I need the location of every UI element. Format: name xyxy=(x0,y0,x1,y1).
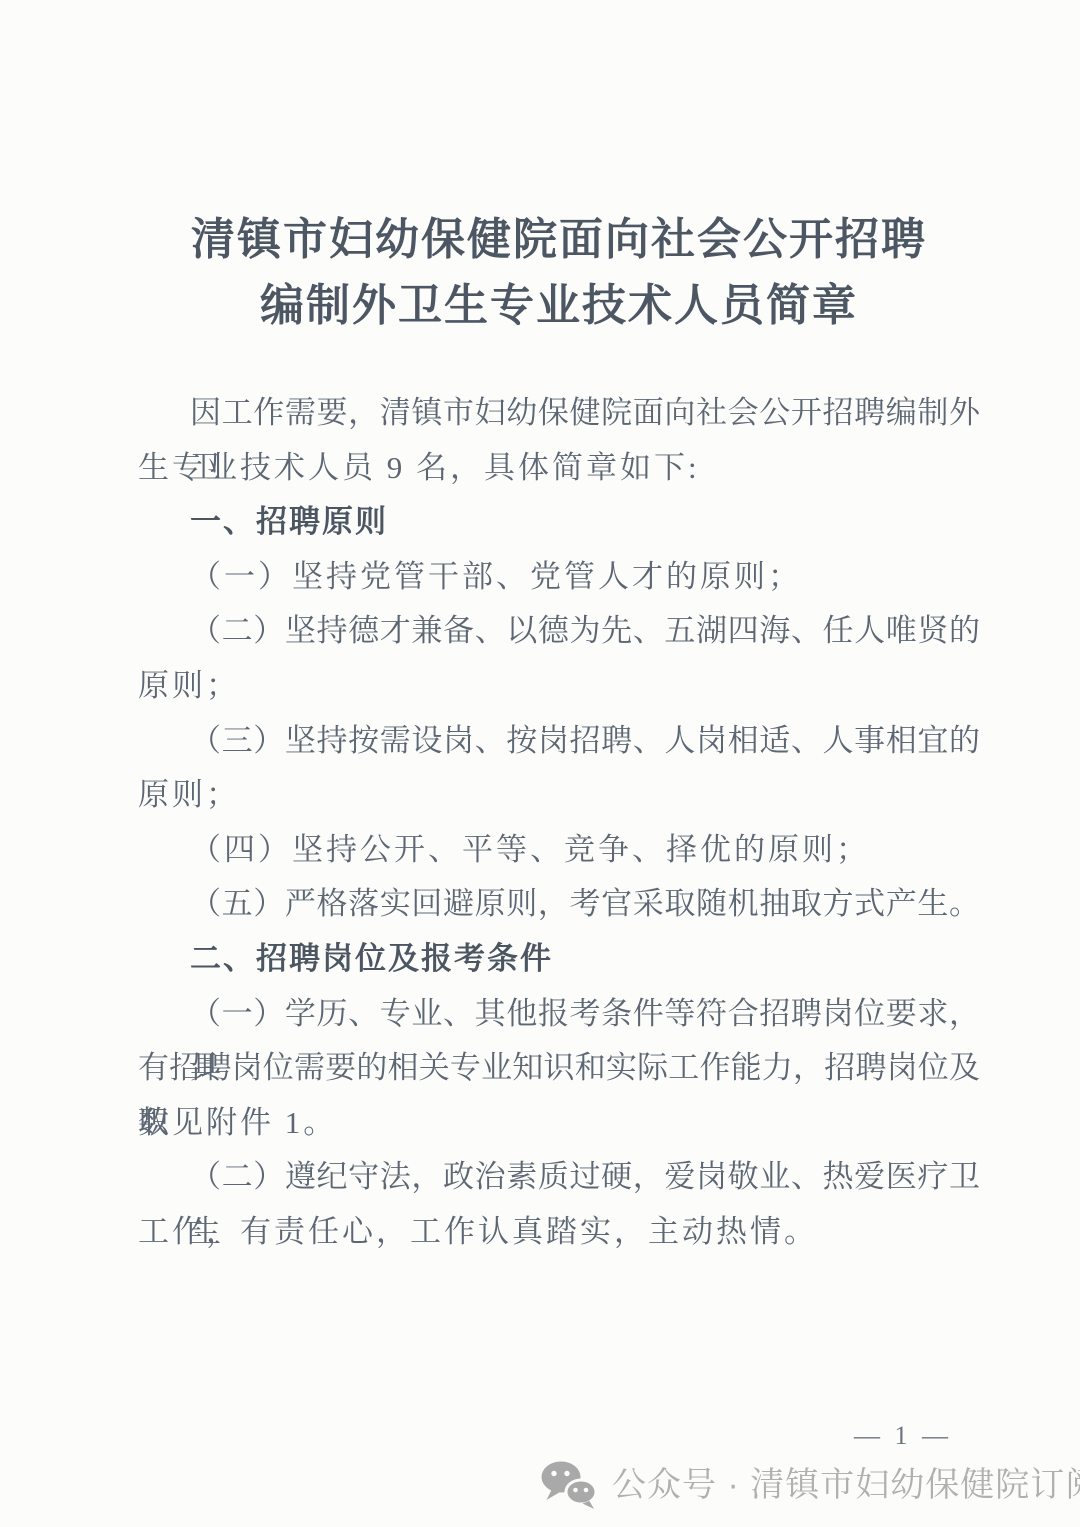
document-body: 因工作需要，清镇市妇幼保健院面向社会公开招聘编制外卫生专业技术人员 9 名，具体… xyxy=(138,386,980,1260)
wechat-icon xyxy=(540,1460,598,1510)
document-text-line: 二、招聘岗位及报考条件 xyxy=(138,932,980,987)
document-text-line: 原则； xyxy=(138,659,980,714)
wechat-watermark: 公众号 · 清镇市妇幼保健院订阅号 xyxy=(540,1460,1080,1510)
page-number: — 1 — xyxy=(838,1420,968,1452)
title-line-2: 编制外卫生专业技术人员简章 xyxy=(138,273,980,339)
document-text-line: 数见附件 1。 xyxy=(138,1096,980,1151)
document-text-line: （一）坚持党管干部、党管人才的原则； xyxy=(138,550,980,605)
document-text-line: （五）严格落实回避原则，考官采取随机抽取方式产生。 xyxy=(138,877,980,932)
title-line-1: 清镇市妇幼保健院面向社会公开招聘 xyxy=(138,207,980,273)
document-text-line: （三）坚持按需设岗、按岗招聘、人岗相适、人事相宜的 xyxy=(138,714,980,769)
document-text-line: 原则； xyxy=(138,768,980,823)
document-text-line: （二）坚持德才兼备、以德为先、五湖四海、任人唯贤的 xyxy=(138,604,980,659)
document-text-line: 一、招聘原则 xyxy=(138,495,980,550)
document-text-line: 工作，有责任心，工作认真踏实，主动热情。 xyxy=(138,1205,980,1260)
document-text-line: （四）坚持公开、平等、竞争、择优的原则； xyxy=(138,823,980,878)
document-text-line: 有招聘岗位需要的相关专业知识和实际工作能力，招聘岗位及职 xyxy=(138,1041,980,1096)
document-text-line: （二）遵纪守法，政治素质过硬，爱岗敬业、热爱医疗卫生 xyxy=(138,1150,980,1205)
document-text-line: （一）学历、专业、其他报考条件等符合招聘岗位要求，具 xyxy=(138,987,980,1042)
document-text-line: 生专业技术人员 9 名，具体简章如下: xyxy=(138,441,980,496)
document-title: 清镇市妇幼保健院面向社会公开招聘 编制外卫生专业技术人员简章 xyxy=(138,207,980,339)
document-page: 清镇市妇幼保健院面向社会公开招聘 编制外卫生专业技术人员简章 因工作需要，清镇市… xyxy=(0,0,1080,1527)
document-text-line: 因工作需要，清镇市妇幼保健院面向社会公开招聘编制外卫 xyxy=(138,386,980,441)
wechat-account-label: 公众号 · 清镇市妇幼保健院订阅号 xyxy=(612,1460,1080,1510)
